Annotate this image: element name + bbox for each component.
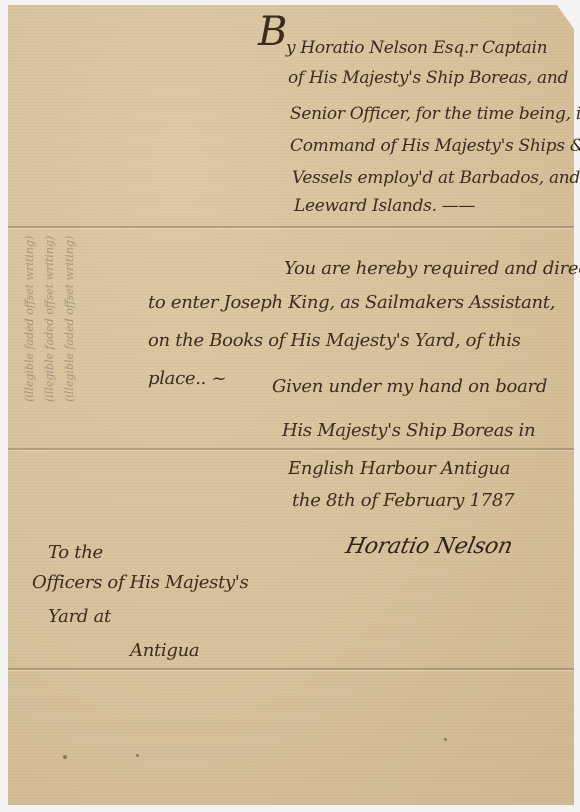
address-line: To the	[48, 542, 103, 563]
signature: Horatio Nelson	[343, 534, 514, 559]
fold-line-1	[8, 226, 574, 228]
closing-line: English Harbour Antigua	[288, 458, 510, 479]
body-line: to enter Joseph King, as Sailmakers Assi…	[148, 292, 555, 313]
closing-line: His Majesty's Ship Boreas in	[282, 420, 535, 441]
faded-marginalia: (illegible faded offset writing) (illegi…	[20, 232, 130, 402]
address-line: Officers of His Majesty's	[32, 572, 249, 593]
body-line: You are hereby required and directed,	[284, 258, 580, 279]
address-line: Antigua	[130, 640, 199, 661]
header-line: Leeward Islands. ——	[294, 196, 475, 216]
closing-line: the 8th of February 1787	[292, 490, 514, 511]
fold-line-2	[8, 448, 574, 450]
header-line: of His Majesty's Ship Boreas, and	[288, 68, 568, 88]
ink-spot	[444, 738, 447, 741]
header-line: y Horatio Nelson Esq.r Captain	[286, 38, 547, 58]
header-line: Command of His Majesty's Ships &	[290, 136, 580, 156]
body-line: place.. ~	[148, 368, 226, 389]
ink-spot	[63, 755, 67, 759]
closing-line: Given under my hand on board	[272, 376, 547, 397]
body-line: on the Books of His Majesty's Yard, of t…	[148, 330, 521, 351]
header-line: Vessels employ'd at Barbados, and the	[292, 168, 580, 188]
address-line: Yard at	[48, 606, 111, 627]
header-line: Senior Officer, for the time being, in t…	[290, 104, 580, 124]
fold-line-3	[8, 668, 574, 670]
paper-sheet	[8, 5, 574, 805]
header-initial: B	[258, 12, 287, 52]
ink-spot	[136, 754, 139, 757]
